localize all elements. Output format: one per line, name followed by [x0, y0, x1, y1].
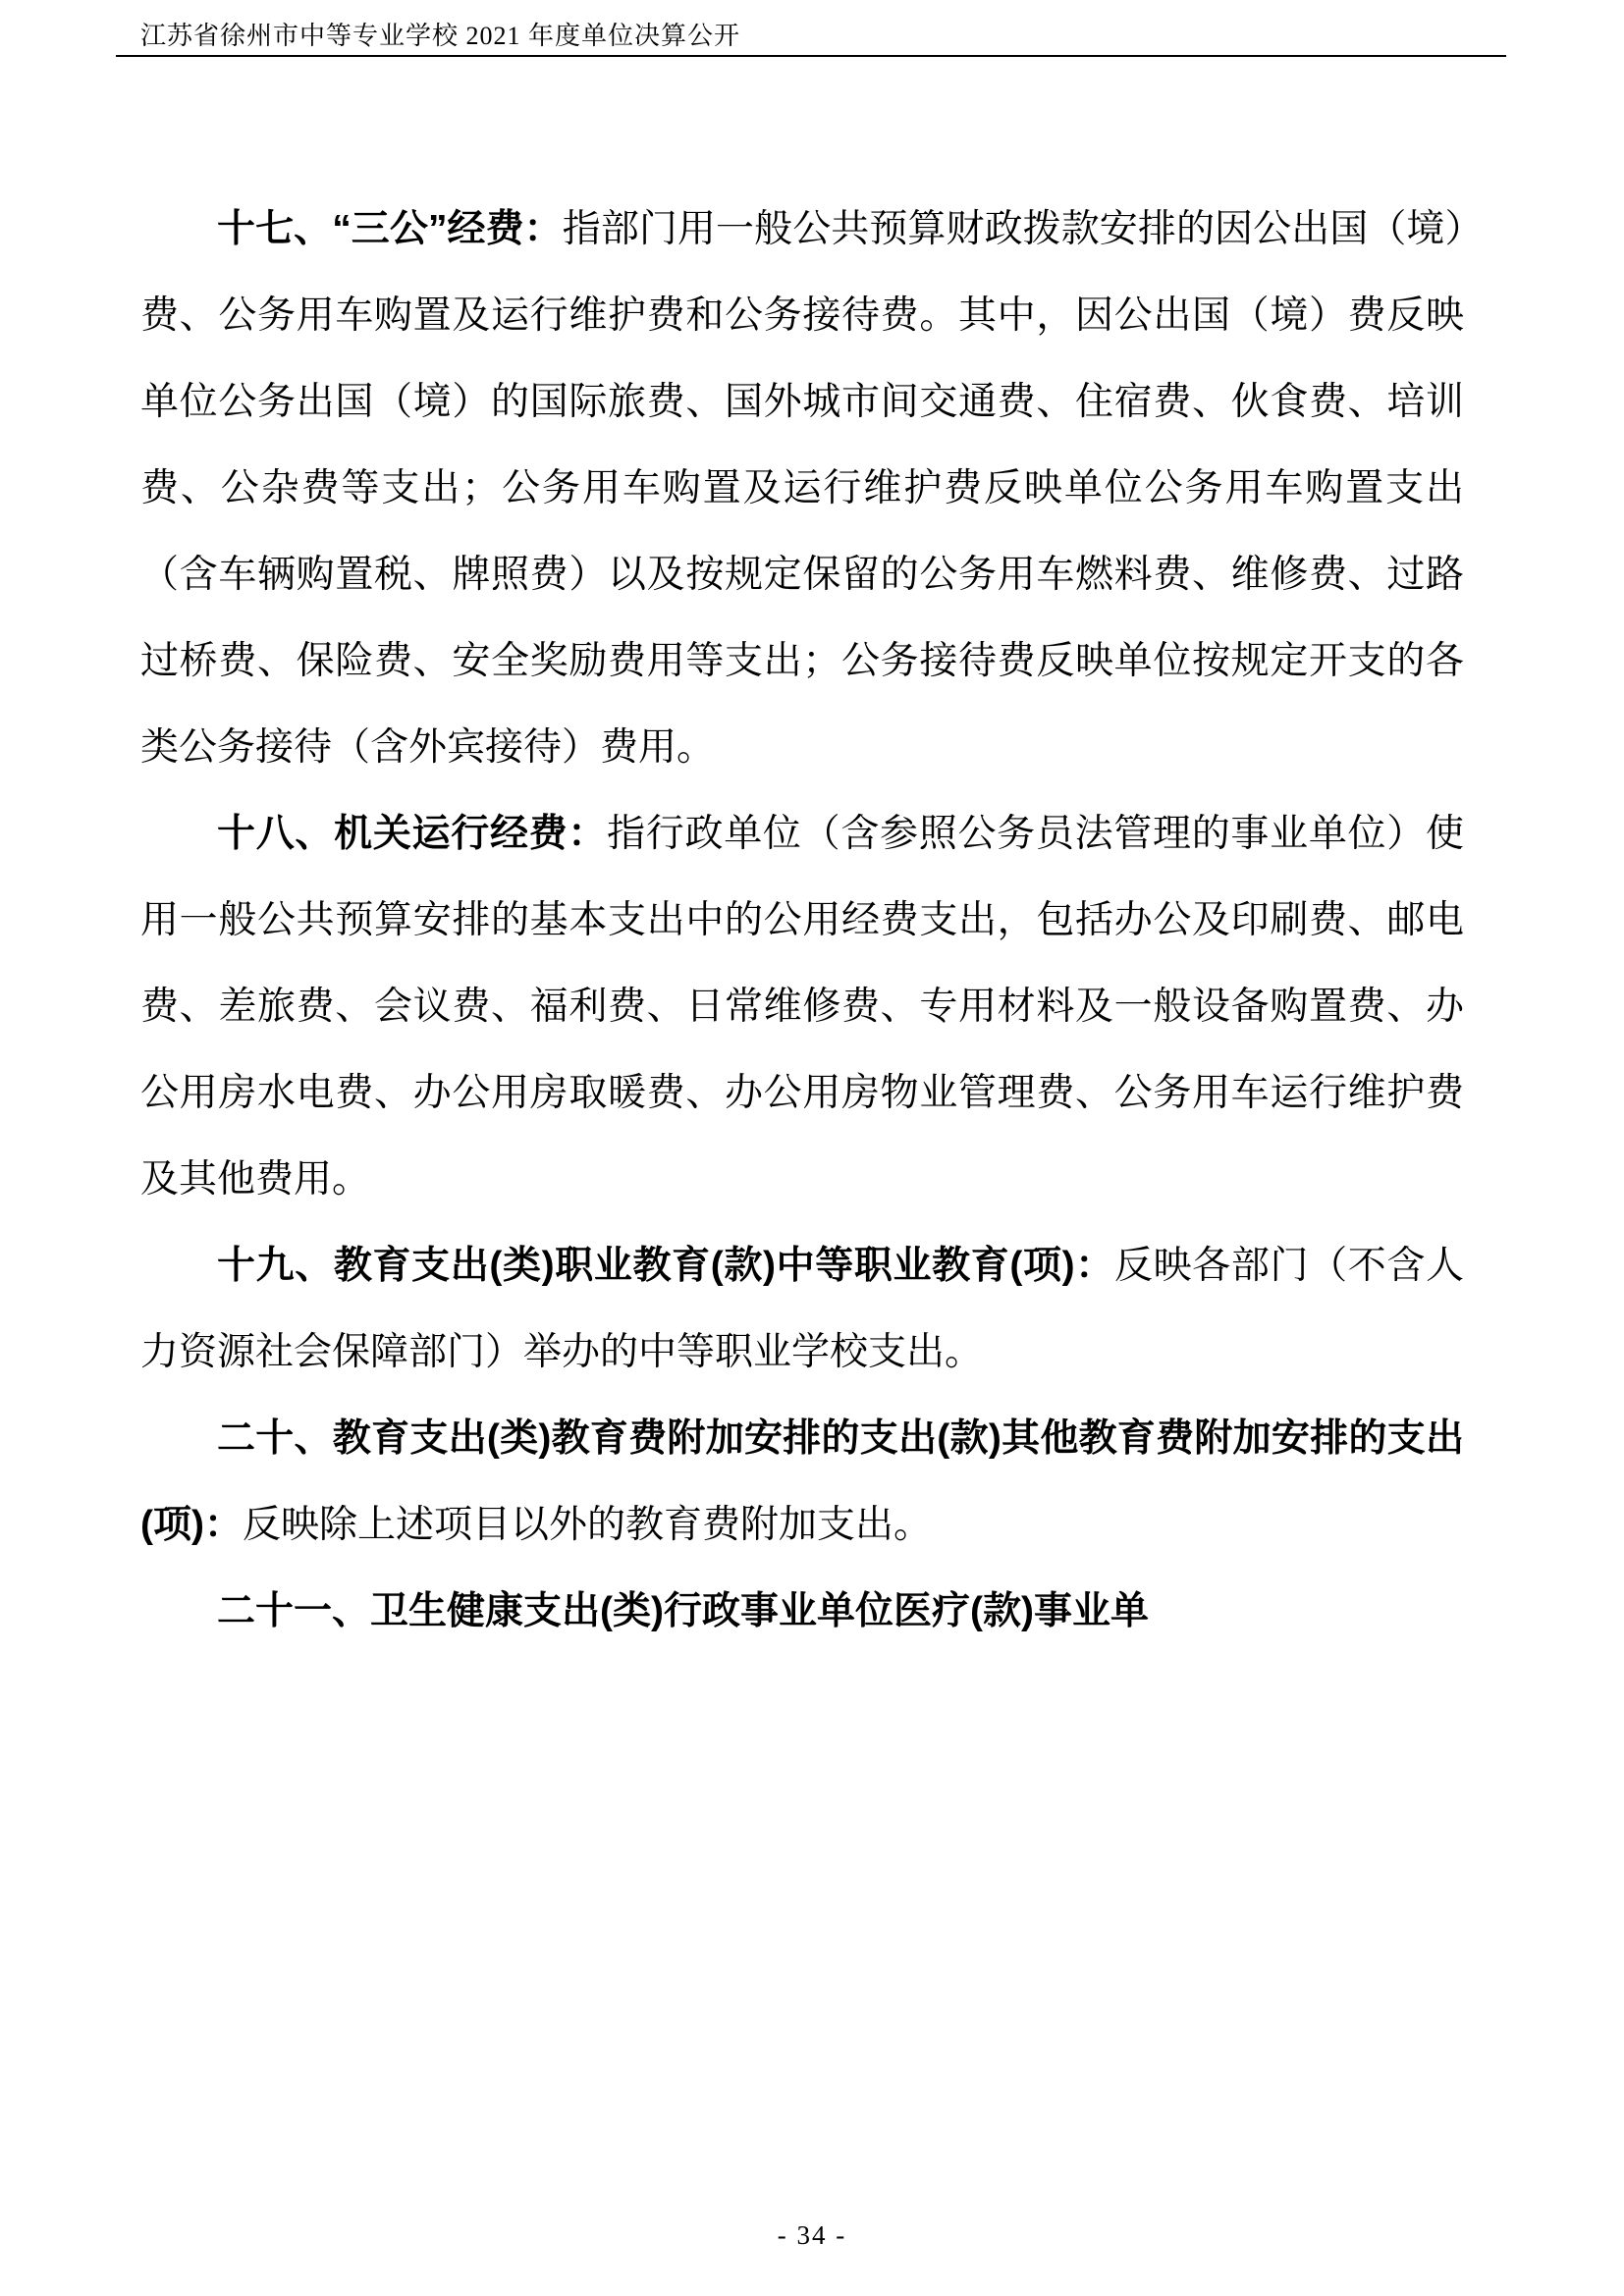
paragraph-20-text: 反映除上述项目以外的教育费附加支出。 [243, 1504, 932, 1546]
page-header: 江苏省徐州市中等专业学校 2021 年度单位决算公开 [140, 16, 740, 52]
paragraph-17: 十七、“三公”经费：指部门用一般公共预算财政拨款安排的因公出国（境）费、公务用车… [140, 187, 1464, 791]
paragraph-17-lead: 十七、“三公”经费： [217, 208, 563, 250]
document-page: 江苏省徐州市中等专业学校 2021 年度单位决算公开 十七、“三公”经费：指部门… [0, 0, 1624, 2296]
document-body: 十七、“三公”经费：指部门用一般公共预算财政拨款安排的因公出国（境）费、公务用车… [140, 187, 1464, 1655]
paragraph-20: 二十、教育支出(类)教育费附加安排的支出(款)其他教育费附加安排的支出(项)：反… [140, 1396, 1464, 1569]
page-footer: - 34 - [0, 2220, 1624, 2251]
paragraph-18: 十八、机关运行经费：指行政单位（含参照公务员法管理的事业单位）使用一般公共预算安… [140, 791, 1464, 1223]
paragraph-21: 二十一、卫生健康支出(类)行政事业单位医疗(款)事业单 [140, 1569, 1464, 1655]
header-rule [116, 55, 1506, 57]
paragraph-18-lead: 十八、机关运行经费： [217, 813, 607, 855]
paragraph-17-text: 指部门用一般公共预算财政拨款安排的因公出国（境）费、公务用车购置及运行维护费和公… [140, 208, 1464, 769]
page-number: - 34 - [778, 2220, 846, 2250]
paragraph-21-lead: 二十一、卫生健康支出(类)行政事业单位医疗(款)事业单 [217, 1590, 1149, 1632]
paragraph-19-lead: 十九、教育支出(类)职业教育(款)中等职业教育(项)： [217, 1245, 1114, 1287]
paragraph-18-text: 指行政单位（含参照公务员法管理的事业单位）使用一般公共预算安排的基本支出中的公用… [140, 813, 1464, 1201]
paragraph-19: 十九、教育支出(类)职业教育(款)中等职业教育(项)：反映各部门（不含人力资源社… [140, 1223, 1464, 1396]
